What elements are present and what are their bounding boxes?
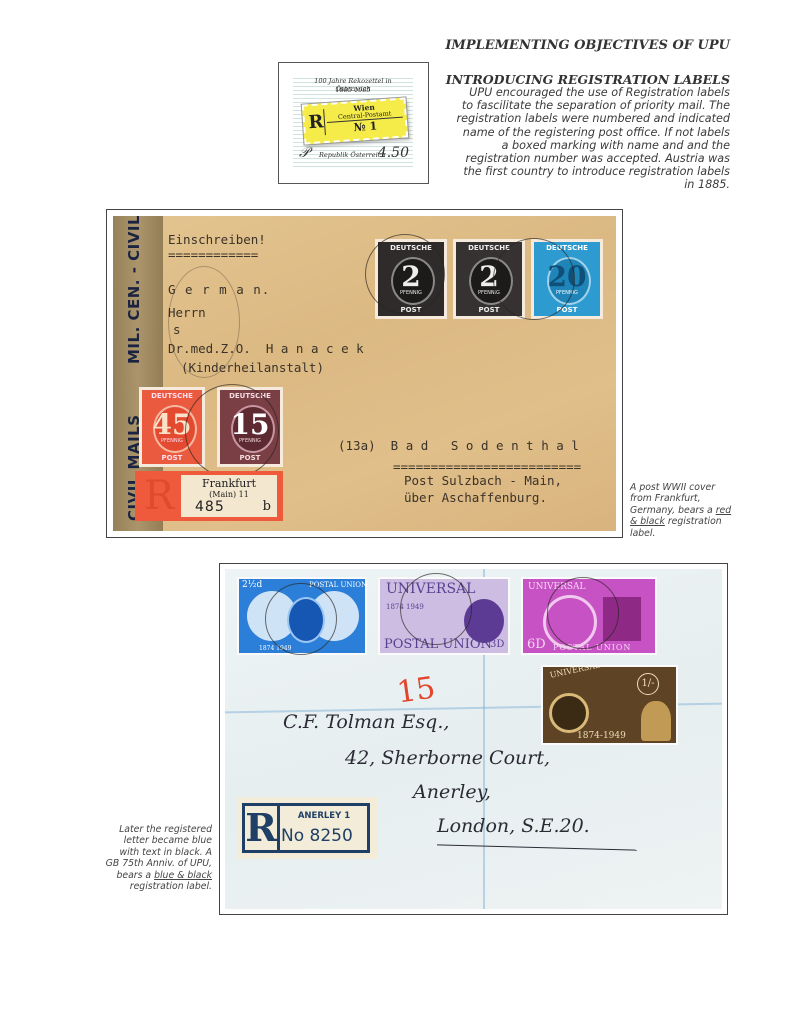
caption-underlined: blue & black [154,870,212,881]
stamp-years: 1874-1949 [577,731,626,741]
typed-line: Post Sulzbach - Main, [404,473,562,488]
stamp-value: 2½d [242,580,262,590]
intro-line: to fascilitate the separation of priorit… [440,99,730,112]
postmark [400,573,472,645]
postmark [185,384,279,478]
censor-tape-text-top: MIL. CEN. - CIVIL [125,216,143,364]
postmark [365,234,445,314]
label-number: No 8250 [281,826,353,846]
address-line: Anerley, [413,781,491,803]
registration-label-anerley: R ANERLEY 1 No 8250 [237,797,377,859]
stamp-value: 1/- [637,673,659,695]
address-line: London, S.E.20. [437,815,590,837]
stamp-country: DEUTSCHE [142,392,202,400]
intro-line: registration labels were numbered and in… [440,112,730,125]
pencil-number: 15 [395,671,438,711]
label-number-prefix: No [281,826,304,846]
austria-stamp-mount: 100 Jahre Rekozettel in Österreich 1885-… [278,62,429,184]
caption-text: registration label. [130,881,212,892]
subsection-title: INTRODUCING REGISTRATION LABELS [430,72,730,87]
postmark [168,266,240,378]
cover-gb: POSTAL UNION 2½d 1874 1949 UNIVERSAL 187… [219,563,728,915]
cover-germany: MIL. CEN. - CIVIL CIVIL MAILS Einschreib… [106,209,623,538]
stamp-country: Republik Österreich [319,151,386,159]
typed-rule: ========================= [393,459,581,474]
intro-line: in 1885. [440,178,730,191]
intro-line: UPU encouraged the use of Registration l… [440,86,730,99]
caption-germany: A post WWII cover from Frankfurt, German… [630,482,735,539]
posthorn-icon [549,693,589,733]
envelope-germany: MIL. CEN. - CIVIL CIVIL MAILS Einschreib… [113,216,616,531]
label-office: (Main) 11 [181,490,277,499]
section-title: IMPLEMENTING OBJECTIVES OF UPU [440,38,730,53]
stamp-registration-label: R Wien Central-Postamt № 1 [302,97,409,144]
label-frame: R ANERLEY 1 No 8250 [242,803,370,853]
label-number-value: 8250 [310,826,353,846]
stamp-value: 4.50 [378,145,409,161]
r-letter: R [245,806,280,850]
address-line: C.F. Tolman Esq., [283,711,449,733]
austria-stamp: 100 Jahre Rekozettel in Österreich 1885-… [293,75,413,167]
label-number: 485 [195,499,225,515]
stamp-signature-p: 𝒫 [299,145,309,161]
address-line: 42, Sherborne Court, [345,747,550,769]
postmark [547,577,619,649]
postmark [493,238,575,320]
label-box: Frankfurt (Main) 11 485 b [181,475,277,517]
caption-gb: Later the registered letter became blue … [104,824,212,892]
label-suffix: b [263,499,271,514]
stamp-1s: UNIVERSAL POSTAL UNION 1/- 1874-1949 [541,665,678,745]
label-city: ANERLEY 1 [281,811,367,821]
intro-line: registration number was accepted. Austri… [440,152,730,165]
king-portrait [641,701,671,741]
r-letter: R [307,109,326,136]
typed-heading: Einschreiben! [168,232,266,247]
typed-heading-rule: ============ [168,247,258,262]
stamp-value: 6D [527,637,546,652]
intro-line: name of the registering post office. If … [440,126,730,139]
intro-paragraph: UPU encouraged the use of Registration l… [440,86,730,192]
typed-line: (13a) B a d S o d e n t h a l [338,438,579,453]
envelope-gb: POSTAL UNION 2½d 1874 1949 UNIVERSAL 187… [225,569,722,909]
postmark [265,583,337,655]
stamp-value: 3D [490,639,504,650]
stamp-years: 1885-1985 [299,86,407,94]
r-letter: R [139,475,179,517]
typed-line: über Aschaffenburg. [404,490,547,505]
label-city: Frankfurt [181,477,277,490]
caption-text: A post WWII cover from Frankfurt, German… [630,482,716,516]
intro-line: a boxed marking with name and and the [440,139,730,152]
intro-line: the first country to introduce registrat… [440,165,730,178]
address-underline [437,844,637,850]
registration-label-frankfurt: R Frankfurt (Main) 11 485 b [135,471,283,521]
